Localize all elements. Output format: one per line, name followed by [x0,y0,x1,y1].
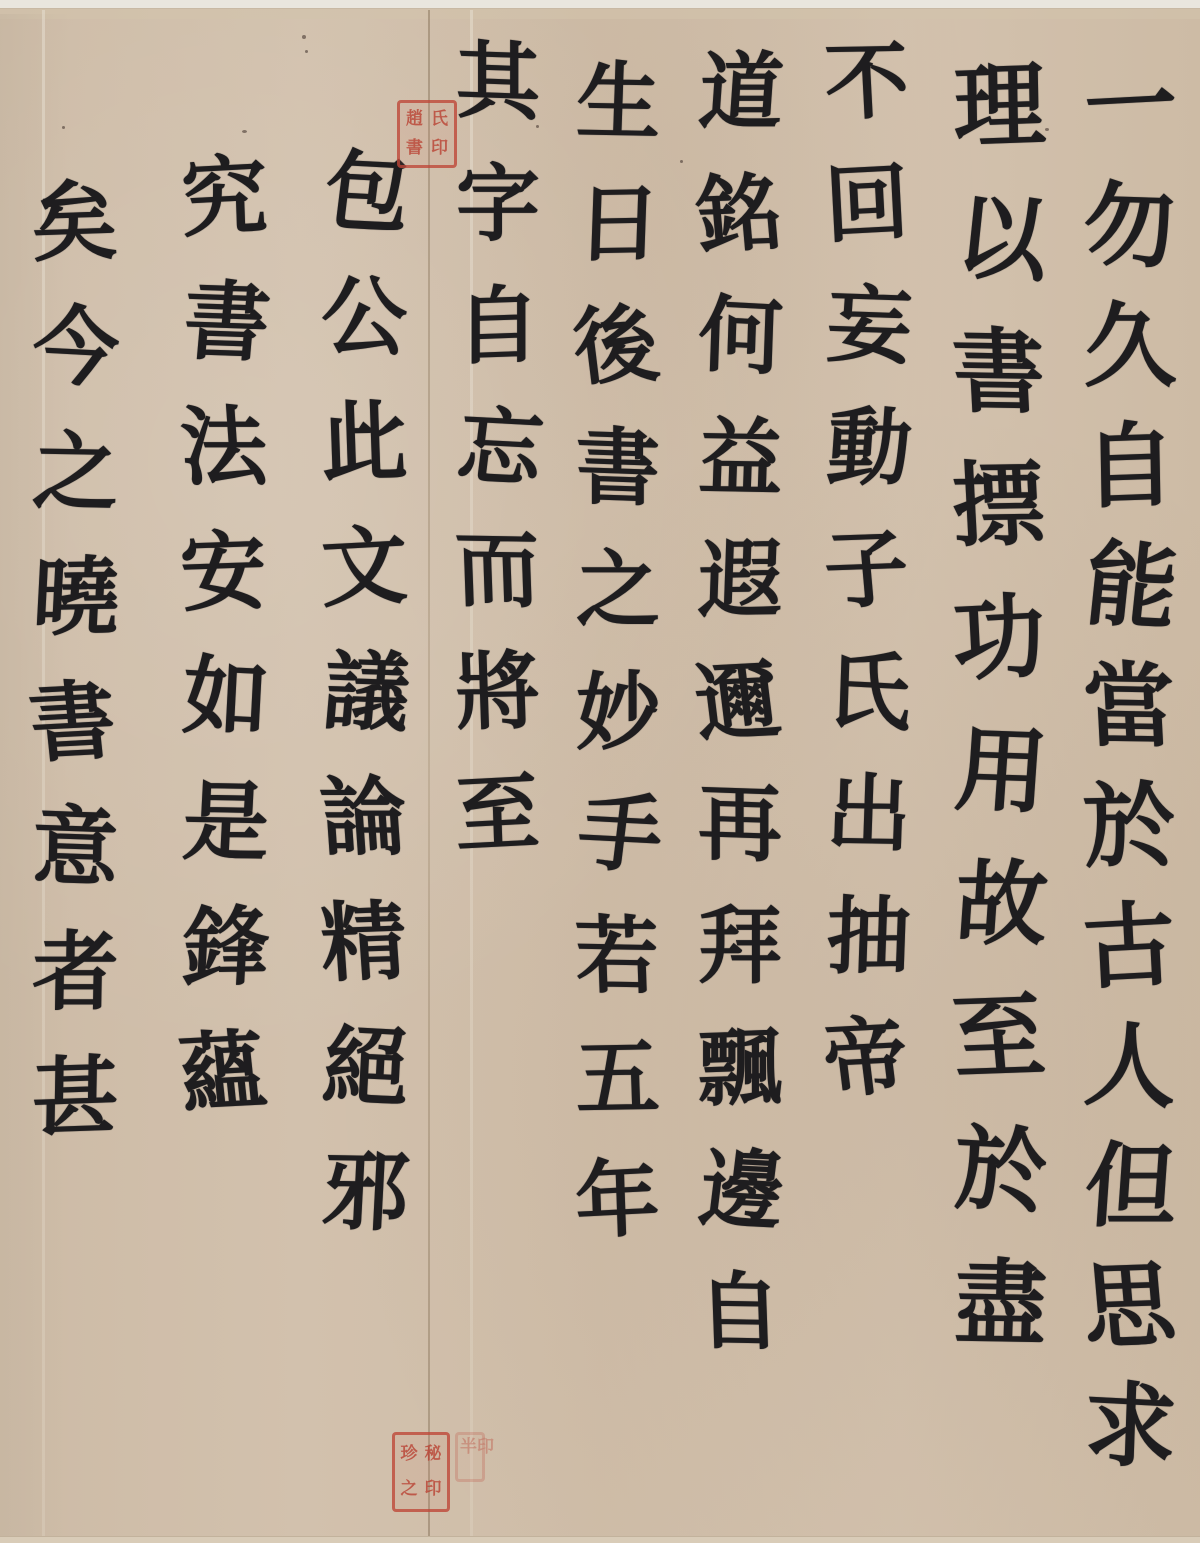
calligraphy-character: 五 [574,1035,662,1158]
calligraphy-character: 精 [318,899,413,1027]
calligraphy-character: 用 [949,723,1050,859]
calligraphy-character: 故 [949,858,1050,991]
calligraphy-character: 矣 [28,179,123,307]
calligraphy-character: 書 [26,678,125,807]
calligraphy-character: 遐 [696,537,784,660]
paper-speck [680,160,683,163]
calligraphy-character: 者 [31,930,119,1055]
calligraphy-character: 將 [454,649,542,772]
seal-character: 半 [460,1439,477,1456]
seal-character: 書 [406,140,423,157]
calligraphy-character: 不 [823,39,913,162]
calligraphy-character: 理 [953,58,1047,194]
paper-speck [302,35,306,39]
calligraphy-character: 功 [951,590,1050,728]
calligraphy-character: 邪 [319,1149,411,1275]
calligraphy-character: 動 [822,406,915,528]
calligraphy-column-9: 矣今之曉書意者甚 [5,180,145,1180]
calligraphy-character: 求 [1082,1378,1178,1503]
calligraphy-column-2: 理以書摽功用故至於盡 [930,60,1070,1390]
calligraphy-character: 忘 [449,404,547,530]
calligraphy-character: 自 [1083,418,1177,541]
calligraphy-character: 生 [574,59,662,182]
calligraphy-character: 能 [1078,538,1182,663]
calligraphy-character: 再 [698,781,782,906]
calligraphy-character: 至 [454,770,542,896]
seal-character: 印 [425,1481,442,1498]
calligraphy-character: 而 [454,527,542,650]
scroll-mount-top-edge [0,0,1200,9]
calligraphy-character: 何 [696,292,784,418]
calligraphy-character: 勿 [1083,178,1177,301]
calligraphy-character: 自 [696,1269,784,1392]
calligraphy-character: 後 [569,302,667,428]
calligraphy-column-1: 一勿久自能當於古人但思求 [1060,60,1200,1500]
calligraphy-character: 論 [318,775,413,900]
calligraphy-character: 曉 [29,554,122,680]
calligraphy-character: 書 [950,325,1049,460]
calligraphy-character: 年 [574,1156,662,1282]
paper-speck [242,130,247,133]
calligraphy-character: 法 [178,405,273,530]
calligraphy-character: 手 [569,790,667,916]
calligraphy-character: 但 [1080,1140,1180,1260]
scroll-top-band [0,9,1200,19]
calligraphy-character: 於 [1081,779,1179,901]
paper-speck [305,50,308,53]
calligraphy-character: 當 [1081,659,1179,781]
calligraphy-character: 安 [178,529,273,657]
calligraphy-character: 妙 [576,669,660,794]
calligraphy-character: 抽 [824,893,912,1016]
calligraphy-character: 於 [952,1122,1049,1260]
seal-top-center: 趙氏書印 [397,100,457,168]
calligraphy-character: 究 [180,153,270,282]
calligraphy-character: 出 [824,771,912,894]
calligraphy-column-5: 生日後書之妙手若五年 [548,60,688,1280]
calligraphy-character: 公 [320,274,410,400]
calligraphy-character: 盡 [952,1256,1049,1391]
calligraphy-character: 此 [320,399,410,525]
calligraphy-character: 古 [1081,898,1179,1023]
paper-speck [62,126,65,129]
calligraphy-character: 以 [947,191,1053,329]
calligraphy-column-8: 究書法安如是鋒蘊 [155,155,295,1155]
seal-bottom-right-half: 半印 [455,1432,485,1482]
calligraphy-character: 久 [1083,300,1177,420]
calligraphy-character: 之 [576,548,660,670]
calligraphy-character: 飄 [698,1025,782,1150]
calligraphy-character: 蘊 [176,1028,275,1157]
calligraphy-character: 益 [696,415,784,538]
calligraphy-character: 妄 [822,283,914,408]
calligraphy-character: 拜 [698,904,782,1026]
paper-speck [1045,128,1049,131]
calligraphy-scroll: 一勿久自能當於古人但思求理以書摽功用故至於盡不回妄動子氏出抽帝道銘何益遐邇再拜飄… [0,0,1200,1543]
seal-bottom-left: 珍秘之印 [392,1432,450,1512]
calligraphy-character: 鋒 [179,904,272,1030]
calligraphy-column-4: 道銘何益遐邇再拜飄邊自 [670,50,810,1392]
seal-character: 印 [431,140,448,157]
calligraphy-character: 道 [694,50,787,172]
calligraphy-character: 議 [317,649,414,777]
calligraphy-character: 回 [823,160,913,286]
calligraphy-character: 意 [31,804,119,932]
calligraphy-character: 日 [574,181,662,304]
seal-character: 印 [477,1439,494,1456]
calligraphy-character: 帝 [819,1014,917,1140]
calligraphy-character: 書 [576,425,660,550]
calligraphy-character: 是 [179,779,271,905]
calligraphy-column-6: 其字自忘而將至 [428,40,568,894]
calligraphy-character: 氏 [824,648,912,774]
seal-character: 之 [401,1481,418,1498]
calligraphy-character: 字 [456,162,540,284]
calligraphy-character: 至 [948,989,1051,1125]
scroll-mount-bottom-edge [0,1536,1200,1543]
calligraphy-column-7: 包公此文議論精絕邪 [295,150,435,1275]
calligraphy-character: 邇 [691,658,789,784]
seal-character: 秘 [425,1446,442,1463]
calligraphy-column-3: 不回妄動子氏出抽帝 [798,40,938,1138]
calligraphy-character: 如 [179,653,271,782]
calligraphy-character: 思 [1079,1258,1181,1381]
calligraphy-character: 銘 [693,171,787,296]
calligraphy-character: 文 [320,523,410,652]
seal-character: 趙 [406,111,423,128]
calligraphy-character: 甚 [31,1054,119,1182]
calligraphy-character: 自 [456,283,540,408]
calligraphy-character: 摽 [951,458,1050,593]
calligraphy-character: 邊 [691,1146,789,1272]
calligraphy-character: 今 [29,303,121,432]
calligraphy-character: 子 [821,527,915,652]
paper-speck [536,125,539,128]
calligraphy-character: 人 [1080,1018,1180,1141]
calligraphy-character: 書 [177,279,274,407]
calligraphy-character: 之 [29,429,121,555]
calligraphy-character: 若 [574,913,662,1036]
calligraphy-character: 一 [1083,58,1177,183]
calligraphy-character: 其 [456,39,540,164]
calligraphy-character: 絕 [319,1023,411,1152]
seal-character: 氏 [431,111,448,128]
seal-character: 珍 [401,1446,418,1463]
